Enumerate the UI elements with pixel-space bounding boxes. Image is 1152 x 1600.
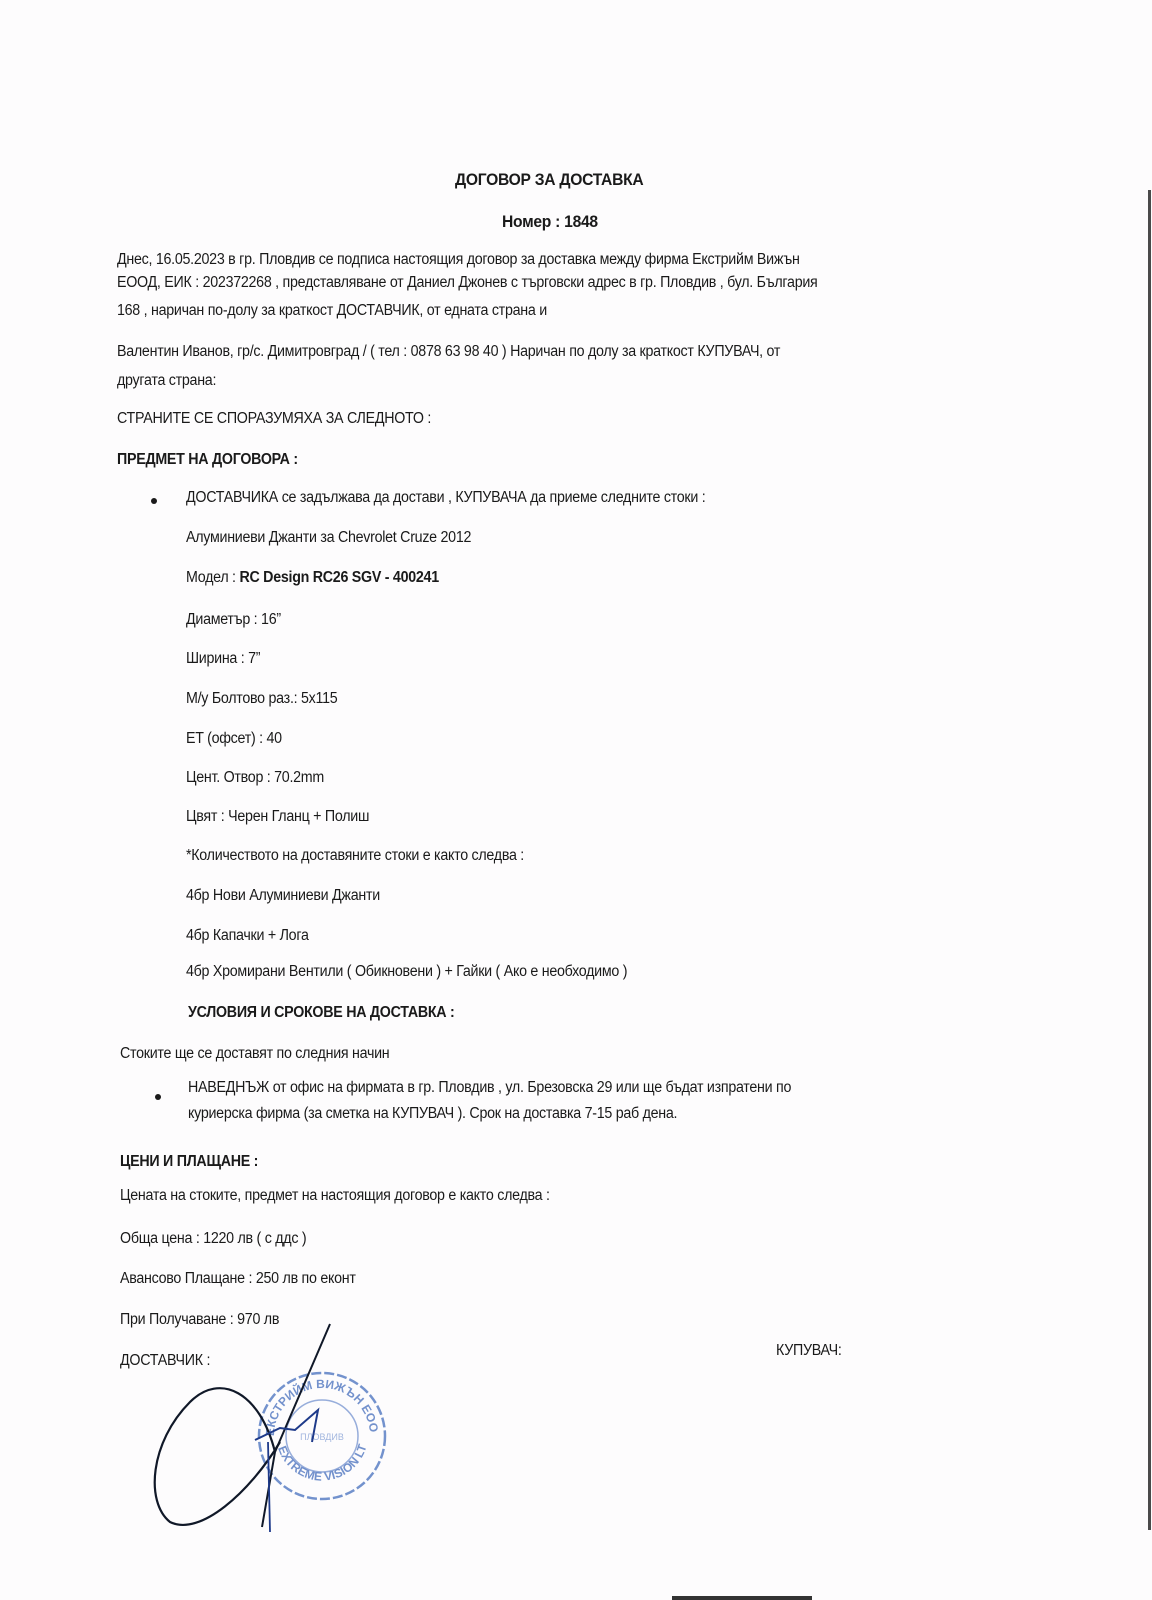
bullet-icon xyxy=(151,498,157,504)
intro-line-2: ЕООД, ЕИК : 202372268 , представляване о… xyxy=(117,274,817,292)
delivery-heading: УСЛОВИЯ И СРОКОВЕ НА ДОСТАВКА : xyxy=(188,1004,454,1022)
payment-intro: Цената на стоките, предмет на настоящия … xyxy=(120,1187,550,1205)
spec-width: Ширина : 7” xyxy=(186,650,260,668)
model-line: Модел : RC Design RC26 SGV - 400241 xyxy=(186,569,439,587)
model-label: Модел : xyxy=(186,569,239,586)
buyer-line-1: Валентин Иванов, гр/с. Димитровград / ( … xyxy=(117,343,780,361)
payment-advance: Авансово Плащане : 250 лв по еконт xyxy=(120,1270,356,1288)
buyer-line-2: другата страна: xyxy=(117,372,216,390)
quantity-intro: *Количеството на доставяните стоки е как… xyxy=(186,847,524,865)
delivery-bullet-line-2: куриерска фирма (за сметка на КУПУВАЧ ).… xyxy=(188,1105,677,1123)
buyer-signature-label: КУПУВАЧ: xyxy=(776,1342,842,1360)
spec-offset: ET (офсет) : 40 xyxy=(186,730,282,748)
supplier-signature xyxy=(140,1322,400,1552)
spec-center-bore: Цент. Отвор : 70.2mm xyxy=(186,769,324,787)
model-value: RC Design RC26 SGV - 400241 xyxy=(239,569,438,586)
intro-line-1: Днес, 16.05.2023 в гр. Пловдив се подпис… xyxy=(117,251,800,269)
spec-diameter: Диаметър : 16” xyxy=(186,611,281,629)
quantity-caps: 4бр Капачки + Лога xyxy=(186,927,309,945)
payment-total: Обща цена : 1220 лв ( с ддс ) xyxy=(120,1230,306,1248)
delivery-intro: Стоките ще се доставят по следния начин xyxy=(120,1045,389,1063)
bullet-icon xyxy=(155,1094,161,1100)
quantity-valves: 4бр Хромирани Вентили ( Обикновени ) + Г… xyxy=(186,963,627,981)
document-title: ДОГОВОР ЗА ДОСТАВКА xyxy=(455,170,643,190)
subject-heading: ПРЕДМЕТ НА ДОГОВОРА : xyxy=(117,451,298,469)
contract-number: Номер : 1848 xyxy=(502,212,598,232)
spec-color: Цвят : Черен Гланц + Полиш xyxy=(186,808,369,826)
spec-bolt-pattern: М/у Болтово раз.: 5x115 xyxy=(186,690,337,708)
scan-edge-bottom xyxy=(672,1596,812,1600)
quantity-rims: 4бр Нови Алуминиеви Джанти xyxy=(186,887,380,905)
agreement-line: СТРАНИТЕ СЕ СПОРАЗУМЯХА ЗА СЛЕДНОТО : xyxy=(117,410,431,428)
subject-bullet: ДОСТАВЧИКА се задължава да достави , КУП… xyxy=(186,489,705,507)
scan-edge-right xyxy=(1148,190,1151,1530)
delivery-bullet-line-1: НАВЕДНЪЖ от офис на фирмата в гр. Пловди… xyxy=(188,1079,791,1097)
product-line: Алуминиеви Джанти за Chevrolet Cruze 201… xyxy=(186,529,471,547)
intro-line-3: 168 , наричан по-долу за краткост ДОСТАВ… xyxy=(117,302,547,320)
payment-heading: ЦЕНИ И ПЛАЩАНЕ : xyxy=(120,1153,258,1171)
